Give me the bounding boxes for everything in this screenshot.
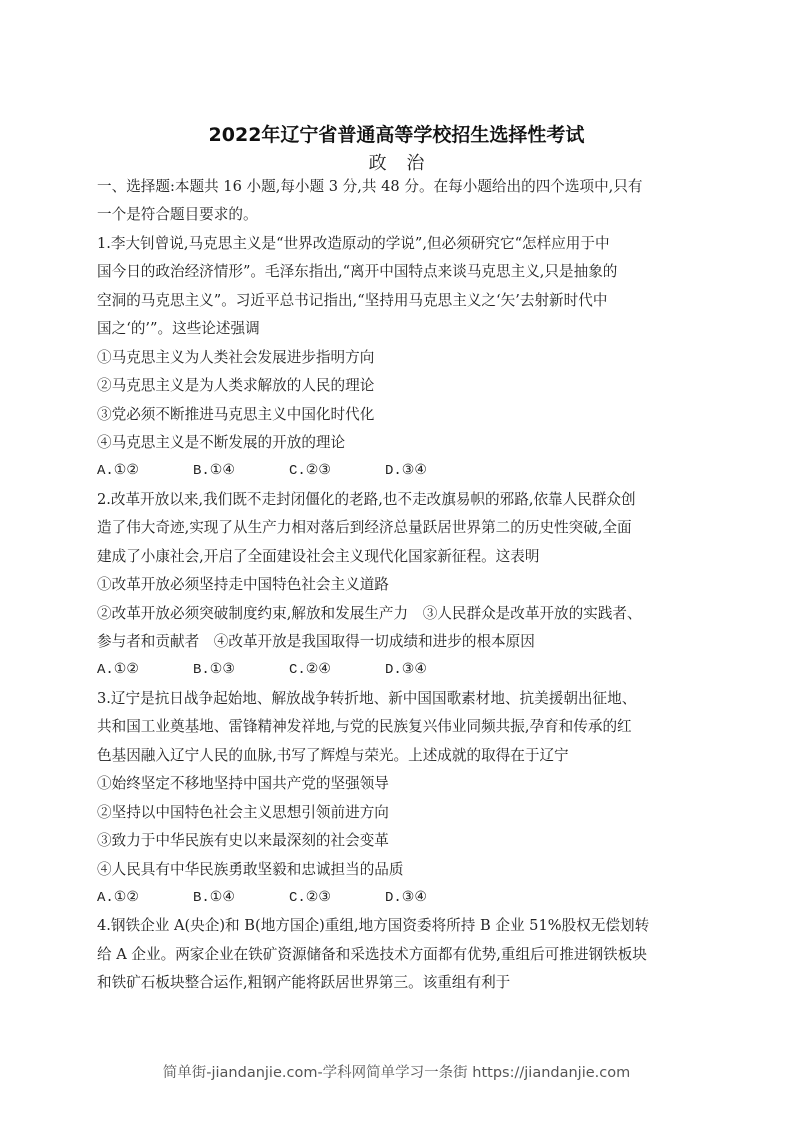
exam-body: 一、选择题:本题共 16 小题,每小题 3 分,共 48 分。在每小题给出的四个… bbox=[97, 173, 697, 998]
statement-line: ③党必须不断推进马克思主义中国化时代化 bbox=[97, 401, 697, 429]
exam-title: 2022年辽宁省普通高等学校招生选择性考试 bbox=[0, 120, 793, 147]
question-stem-line: 3.辽宁是抗日战争起始地、解放战争转折地、新中国国歌素材地、抗美援朝出征地、 bbox=[97, 685, 697, 713]
question-stem-line: 4.钢铁企业 A(央企)和 B(地方国企)重组,地方国资委将所持 B 企业 51… bbox=[97, 912, 697, 940]
option-b: B.①④ bbox=[193, 884, 289, 912]
option-a: A.①② bbox=[97, 884, 193, 912]
option-d: D.③④ bbox=[385, 457, 481, 485]
question-stem-line: 国今日的政治经济情形”。毛泽东指出,“离开中国特点来谈马克思主义,只是抽象的 bbox=[97, 258, 697, 286]
statement-line: ①始终坚定不移地坚持中国共产党的坚强领导 bbox=[97, 770, 697, 798]
question-stem-line: 给 A 企业。两家企业在铁矿资源储备和采选技术方面都有优势,重组后可推进钢铁板块 bbox=[97, 941, 697, 969]
question-4: 4.钢铁企业 A(央企)和 B(地方国企)重组,地方国资委将所持 B 企业 51… bbox=[97, 912, 697, 997]
statement-line: ③致力于中华民族有史以来最深刻的社会变革 bbox=[97, 827, 697, 855]
question-2: 2.改革开放以来,我们既不走封闭僵化的老路,也不走改旗易帜的邪路,依靠人民群众创… bbox=[97, 486, 697, 685]
option-c: C.②③ bbox=[289, 884, 385, 912]
section-header-line: 一、选择题:本题共 16 小题,每小题 3 分,共 48 分。在每小题给出的四个… bbox=[97, 173, 697, 201]
question-stem-line: 2.改革开放以来,我们既不走封闭僵化的老路,也不走改旗易帜的邪路,依靠人民群众创 bbox=[97, 486, 697, 514]
option-b: B.①③ bbox=[193, 656, 289, 684]
statement-line: ②马克思主义是为人类求解放的人民的理论 bbox=[97, 372, 697, 400]
question-stem-line: 色基因融入辽宁人民的血脉,书写了辉煌与荣光。上述成就的取得在于辽宁 bbox=[97, 742, 697, 770]
statement-line: ④马克思主义是不断发展的开放的理论 bbox=[97, 429, 697, 457]
statement-line: ①改革开放必须坚持走中国特色社会主义道路 bbox=[97, 571, 697, 599]
question-stem-line: 空洞的马克思主义”。习近平总书记指出,“坚持用马克思主义之‘矢’去射新时代中 bbox=[97, 287, 697, 315]
option-a: A.①② bbox=[97, 457, 193, 485]
section-header-line: 一个是符合题目要求的。 bbox=[97, 201, 697, 229]
footer-watermark: 简单街-jiandanjie.com-学科网简单学习一条街 https://ji… bbox=[0, 1061, 793, 1082]
statement-line: 参与者和贡献者 ④改革开放是我国取得一切成绩和进步的根本原因 bbox=[97, 628, 697, 656]
answer-options: A.①② B.①④ C.②③ D.③④ bbox=[97, 884, 697, 912]
option-c: C.②③ bbox=[289, 457, 385, 485]
option-d: D.③④ bbox=[385, 656, 481, 684]
question-stem-line: 共和国工业奠基地、雷锋精神发祥地,与党的民族复兴伟业同频共振,孕育和传承的红 bbox=[97, 713, 697, 741]
option-c: C.②④ bbox=[289, 656, 385, 684]
answer-options: A.①② B.①④ C.②③ D.③④ bbox=[97, 457, 697, 485]
question-1: 1.李大钊曾说,马克思主义是“世界改造原动的学说”,但必须研究它“怎样应用于中 … bbox=[97, 230, 697, 486]
statement-line: ④人民具有中华民族勇敢坚毅和忠诚担当的品质 bbox=[97, 856, 697, 884]
option-d: D.③④ bbox=[385, 884, 481, 912]
question-3: 3.辽宁是抗日战争起始地、解放战争转折地、新中国国歌素材地、抗美援朝出征地、 共… bbox=[97, 685, 697, 913]
exam-subject: 政 治 bbox=[0, 149, 793, 175]
statement-line: ②坚持以中国特色社会主义思想引领前进方向 bbox=[97, 799, 697, 827]
question-stem-line: 1.李大钊曾说,马克思主义是“世界改造原动的学说”,但必须研究它“怎样应用于中 bbox=[97, 230, 697, 258]
answer-options: A.①② B.①③ C.②④ D.③④ bbox=[97, 656, 697, 684]
statement-line: ②改革开放必须突破制度约束,解放和发展生产力 ③人民群众是改革开放的实践者、 bbox=[97, 600, 697, 628]
statement-line: ①马克思主义为人类社会发展进步指明方向 bbox=[97, 344, 697, 372]
question-stem-line: 国之‘的’”。这些论述强调 bbox=[97, 315, 697, 343]
question-stem-line: 建成了小康社会,开启了全面建设社会主义现代化国家新征程。这表明 bbox=[97, 543, 697, 571]
option-a: A.①② bbox=[97, 656, 193, 684]
option-b: B.①④ bbox=[193, 457, 289, 485]
question-stem-line: 造了伟大奇迹,实现了从生产力相对落后到经济总量跃居世界第二的历史性突破,全面 bbox=[97, 514, 697, 542]
question-stem-line: 和铁矿石板块整合运作,粗钢产能将跃居世界第三。该重组有利于 bbox=[97, 969, 697, 997]
